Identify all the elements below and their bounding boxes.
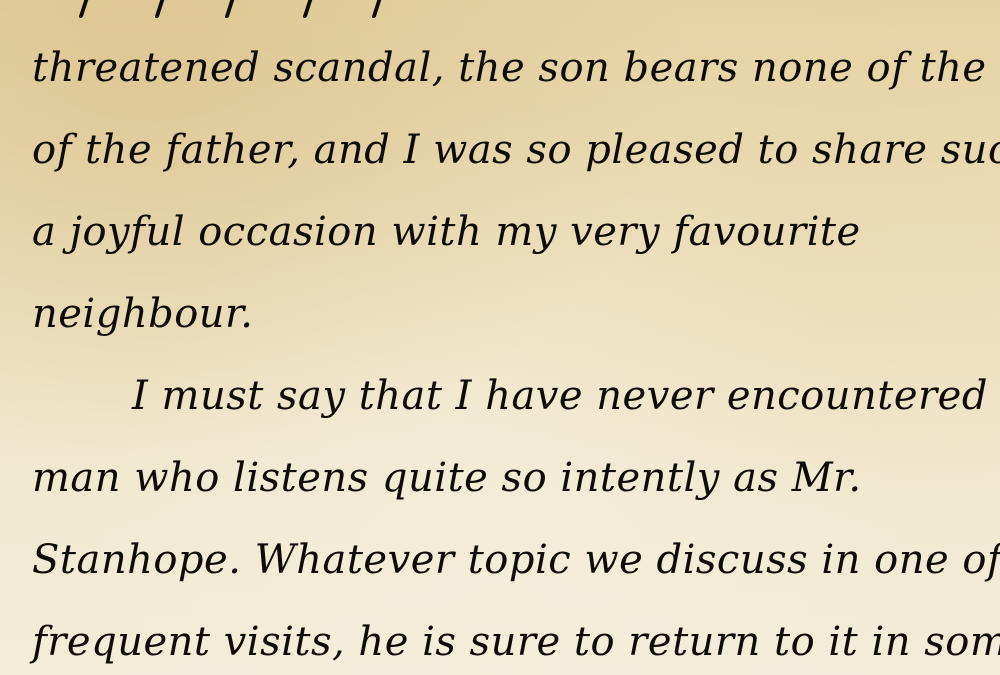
letter-line-3: a joyful occasion with my very favourite <box>32 212 861 252</box>
letter-line-7: Stanhope. Whatever topic we discuss in o… <box>32 540 1000 580</box>
descender-stroke <box>224 0 235 18</box>
letter-page: threatened scandal, the son bears none o… <box>0 0 1000 675</box>
letter-line-4: neighbour. <box>32 294 253 334</box>
letter-line-5: I must say that I have never encountered… <box>132 376 1000 416</box>
letter-line-1: threatened scandal, the son bears none o… <box>32 48 1000 88</box>
letter-line-2: of the father, and I was so pleased to s… <box>32 130 1000 170</box>
descender-stroke <box>78 0 89 18</box>
descender-stroke <box>371 0 382 18</box>
descender-stroke <box>302 0 313 18</box>
letter-line-6: man who listens quite so intently as Mr. <box>32 458 862 498</box>
cropped-previous-line-descenders <box>0 0 1000 24</box>
descender-stroke <box>154 0 165 18</box>
letter-line-8: frequent visits, he is sure to return to… <box>32 622 1000 662</box>
